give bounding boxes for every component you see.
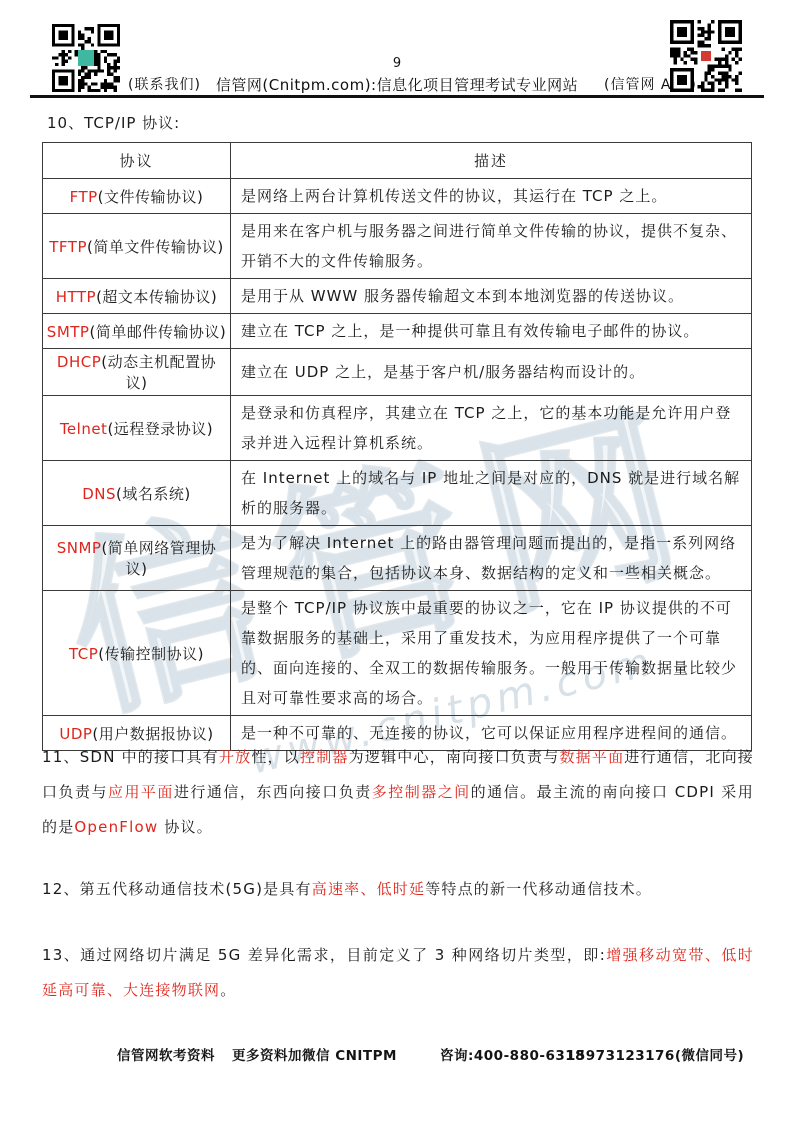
- protocol-description-cell: 是用于从 WWW 服务器传输超文本到本地浏览器的传送协议。: [231, 279, 752, 314]
- protocol-chinese-name: (简单文件传输协议): [87, 238, 224, 256]
- body-text: 等特点的新一代移动通信技术。: [425, 880, 652, 898]
- protocol-table: 协议 描述 FTP(文件传输协议)是网络上两台计算机传送文件的协议，其运行在 T…: [42, 142, 752, 751]
- table-row: SMTP(简单邮件传输协议)建立在 TCP 之上，是一种提供可靠且有效传输电子邮…: [43, 314, 752, 349]
- protocol-chinese-name: (动态主机配置协议): [101, 353, 216, 392]
- protocol-description-cell: 建立在 UDP 之上，是基于客户机/服务器结构而设计的。: [231, 349, 752, 396]
- footer-wechat-number: 15973123176(微信同号): [566, 1044, 744, 1064]
- body-text: 进行通信，东西向接口负责: [174, 783, 372, 801]
- header-divider: [30, 95, 764, 98]
- protocol-acronym: TFTP: [49, 238, 87, 256]
- highlighted-text: 、: [705, 946, 721, 964]
- protocol-name-cell: DHCP(动态主机配置协议): [43, 349, 231, 396]
- table-row: DHCP(动态主机配置协议)建立在 UDP 之上，是基于客户机/服务器结构而设计…: [43, 349, 752, 396]
- highlighted-text: 数据平面: [559, 748, 624, 766]
- qr-code-app: [670, 20, 742, 92]
- section-10-heading: 10、TCP/IP 协议:: [47, 112, 180, 133]
- footer-wechat-note: 更多资料加微信 CNITPM: [232, 1044, 397, 1064]
- paragraph-network-slicing: 13、通过网络切片满足 5G 差异化需求，目前定义了 3 种网络切片类型，即:增…: [42, 938, 754, 1008]
- protocol-name-cell: SNMP(简单网络管理协议): [43, 526, 231, 591]
- protocol-acronym: SNMP: [57, 539, 102, 557]
- highlighted-text: 、: [107, 981, 123, 999]
- protocol-table-body: FTP(文件传输协议)是网络上两台计算机传送文件的协议，其运行在 TCP 之上。…: [43, 179, 752, 751]
- highlighted-text: 高速率: [312, 880, 361, 898]
- table-row: SNMP(简单网络管理协议)是为了解决 Internet 上的路由器管理问题而提…: [43, 526, 752, 591]
- protocol-description-cell: 建立在 TCP 之上，是一种提供可靠且有效传输电子邮件的协议。: [231, 314, 752, 349]
- protocol-description-cell: 是为了解决 Internet 上的路由器管理问题而提出的，是指一系列网络管理规范…: [231, 526, 752, 591]
- body-text: 11、SDN 中的接口具有: [42, 748, 219, 766]
- table-row: TCP(传输控制协议)是整个 TCP/IP 协议族中最重要的协议之一，它在 IP…: [43, 591, 752, 716]
- col-header-description: 描述: [231, 143, 752, 179]
- protocol-chinese-name: (简单邮件传输协议): [89, 323, 226, 341]
- body-text: 。: [220, 981, 236, 999]
- highlighted-text: 大连接物联网: [123, 981, 220, 999]
- body-text: 12、第五代移动通信技术(5G)是具有: [42, 880, 312, 898]
- table-row: TFTP(简单文件传输协议)是用来在客户机与服务器之间进行简单文件传输的协议，提…: [43, 214, 752, 279]
- footer-brand: 信管网软考资料: [117, 1044, 215, 1064]
- document-page: (联系我们) 9 信管网(Cnitpm.com):信息化项目管理考试专业网站 (…: [0, 0, 794, 1123]
- table-row: Telnet(远程登录协议)是登录和仿真程序，其建立在 TCP 之上，它的基本功…: [43, 396, 752, 461]
- highlighted-text: 低时延: [377, 880, 426, 898]
- protocol-chinese-name: (文件传输协议): [98, 188, 204, 206]
- table-row: HTTP(超文本传输协议)是用于从 WWW 服务器传输超文本到本地浏览器的传送协…: [43, 279, 752, 314]
- protocol-acronym: DHCP: [57, 353, 101, 371]
- protocol-name-cell: TFTP(简单文件传输协议): [43, 214, 231, 279]
- protocol-description-cell: 是网络上两台计算机传送文件的协议，其运行在 TCP 之上。: [231, 179, 752, 214]
- protocol-chinese-name: (超文本传输协议): [96, 288, 217, 306]
- protocol-acronym: DNS: [82, 485, 116, 503]
- table-row: FTP(文件传输协议)是网络上两台计算机传送文件的协议，其运行在 TCP 之上。: [43, 179, 752, 214]
- highlighted-text: 应用平面: [108, 783, 174, 801]
- protocol-acronym: SMTP: [47, 323, 90, 341]
- protocol-acronym: FTP: [70, 188, 98, 206]
- body-text: 性，以: [251, 748, 300, 766]
- protocol-description-cell: 是整个 TCP/IP 协议族中最重要的协议之一，它在 IP 协议提供的不可靠数据…: [231, 591, 752, 716]
- protocol-chinese-name: (远程登录协议): [107, 420, 213, 438]
- protocol-name-cell: FTP(文件传输协议): [43, 179, 231, 214]
- highlighted-text: 开放: [219, 748, 251, 766]
- paragraph-sdn: 11、SDN 中的接口具有开放性，以控制器为逻辑中心，南向接口负责与数据平面进行…: [42, 740, 754, 845]
- protocol-acronym: Telnet: [60, 420, 108, 438]
- protocol-description-cell: 是用来在客户机与服务器之间进行简单文件传输的协议，提供不复杂、开销不大的文件传输…: [231, 214, 752, 279]
- highlighted-text: OpenFlow: [74, 818, 158, 836]
- protocol-name-cell: SMTP(简单邮件传输协议): [43, 314, 231, 349]
- body-text: 为逻辑中心，南向接口负责与: [349, 748, 560, 766]
- protocol-acronym: HTTP: [56, 288, 96, 306]
- footer-phone: 咨询:400-880-6318: [440, 1044, 585, 1064]
- table-row: DNS(域名系统)在 Internet 上的域名与 IP 地址之间是对应的，DN…: [43, 461, 752, 526]
- highlighted-text: 多控制器之间: [372, 783, 471, 801]
- body-text: 协议。: [158, 818, 213, 836]
- protocol-name-cell: DNS(域名系统): [43, 461, 231, 526]
- paragraph-5g: 12、第五代移动通信技术(5G)是具有高速率、低时延等特点的新一代移动通信技术。: [42, 872, 754, 907]
- protocol-chinese-name: (简单网络管理协议): [101, 539, 216, 578]
- highlighted-text: 增强移动宽带: [606, 946, 705, 964]
- protocol-acronym: TCP: [69, 645, 98, 663]
- protocol-name-cell: TCP(传输控制协议): [43, 591, 231, 716]
- highlighted-text: 控制器: [300, 748, 349, 766]
- highlighted-text: 、: [360, 880, 376, 898]
- table-header-row: 协议 描述: [43, 143, 752, 179]
- protocol-chinese-name: (传输控制协议): [98, 645, 204, 663]
- col-header-protocol: 协议: [43, 143, 231, 179]
- protocol-name-cell: Telnet(远程登录协议): [43, 396, 231, 461]
- body-text: 13、通过网络切片满足 5G 差异化需求，目前定义了 3 种网络切片类型，即:: [42, 946, 606, 964]
- protocol-description-cell: 在 Internet 上的域名与 IP 地址之间是对应的，DNS 就是进行域名解…: [231, 461, 752, 526]
- protocol-chinese-name: (域名系统): [116, 485, 191, 503]
- protocol-description-cell: 是登录和仿真程序，其建立在 TCP 之上，它的基本功能是允许用户登录并进入远程计…: [231, 396, 752, 461]
- protocol-name-cell: HTTP(超文本传输协议): [43, 279, 231, 314]
